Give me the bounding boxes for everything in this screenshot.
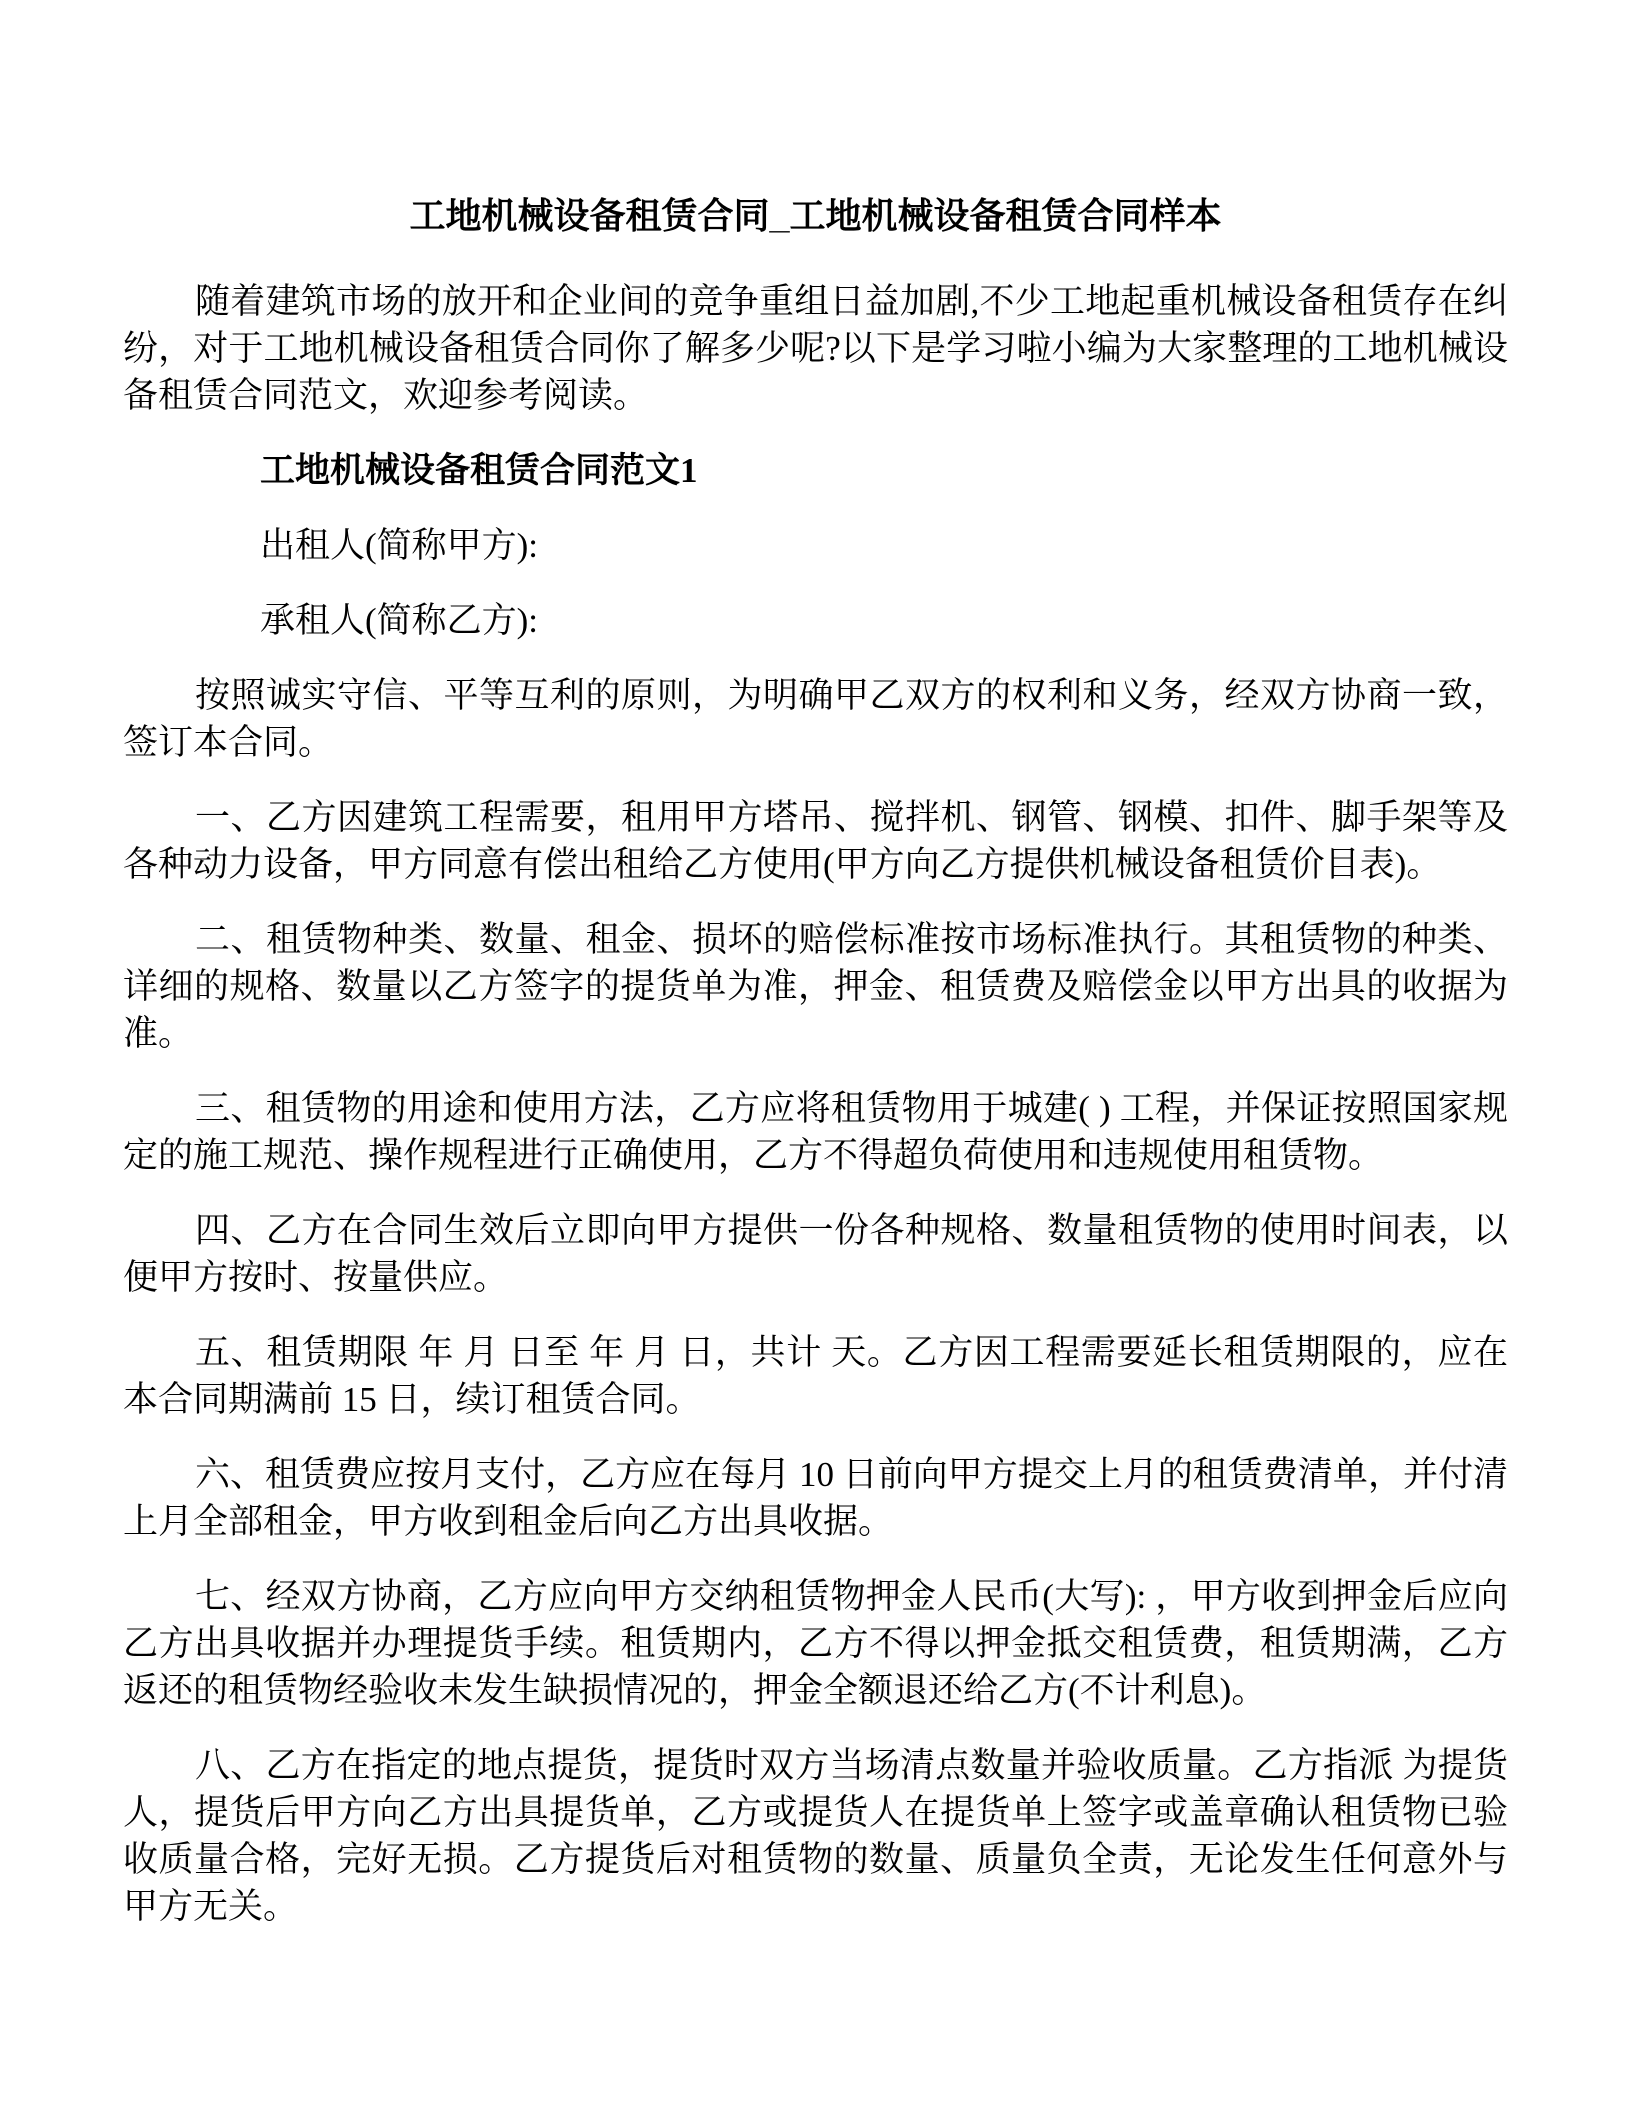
section-heading: 工地机械设备租赁合同范文1 — [123, 447, 1508, 494]
document-page: 工地机械设备租赁合同_工地机械设备租赁合同样本 随着建筑市场的放开和企业间的竞争… — [0, 0, 1632, 2112]
clause-3: 三、租赁物的用途和使用方法，乙方应将租赁物用于城建( ) 工程，并保证按照国家规… — [123, 1085, 1508, 1179]
clause-6: 六、租赁费应按月支付，乙方应在每月 10 日前向甲方提交上月的租赁费清单，并付清… — [123, 1451, 1508, 1545]
clause-8: 八、乙方在指定的地点提货，提货时双方当场清点数量并验收质量。乙方指派 为提货人，… — [123, 1742, 1508, 1930]
intro-paragraph: 随着建筑市场的放开和企业间的竞争重组日益加剧,不少工地起重机械设备租赁存在纠纷，… — [123, 278, 1508, 419]
clause-7: 七、经双方协商，乙方应向甲方交纳租赁物押金人民币(大写): ，甲方收到押金后应向… — [123, 1573, 1508, 1714]
clause-1: 一、乙方因建筑工程需要，租用甲方塔吊、搅拌机、钢管、钢模、扣件、脚手架等及各种动… — [123, 794, 1508, 888]
clause-5: 五、租赁期限 年 月 日至 年 月 日，共计 天。乙方因工程需要延长租赁期限的，… — [123, 1329, 1508, 1423]
clause-2: 二、租赁物种类、数量、租金、损坏的赔偿标准按市场标准执行。其租赁物的种类、详细的… — [123, 916, 1508, 1057]
party-lessor-line: 出租人(简称甲方): — [123, 522, 1508, 569]
preamble-paragraph: 按照诚实守信、平等互利的原则，为明确甲乙双方的权利和义务，经双方协商一致，签订本… — [123, 672, 1508, 766]
document-title: 工地机械设备租赁合同_工地机械设备租赁合同样本 — [123, 196, 1508, 236]
party-lessee-line: 承租人(简称乙方): — [123, 597, 1508, 644]
clause-4: 四、乙方在合同生效后立即向甲方提供一份各种规格、数量租赁物的使用时间表，以便甲方… — [123, 1207, 1508, 1301]
